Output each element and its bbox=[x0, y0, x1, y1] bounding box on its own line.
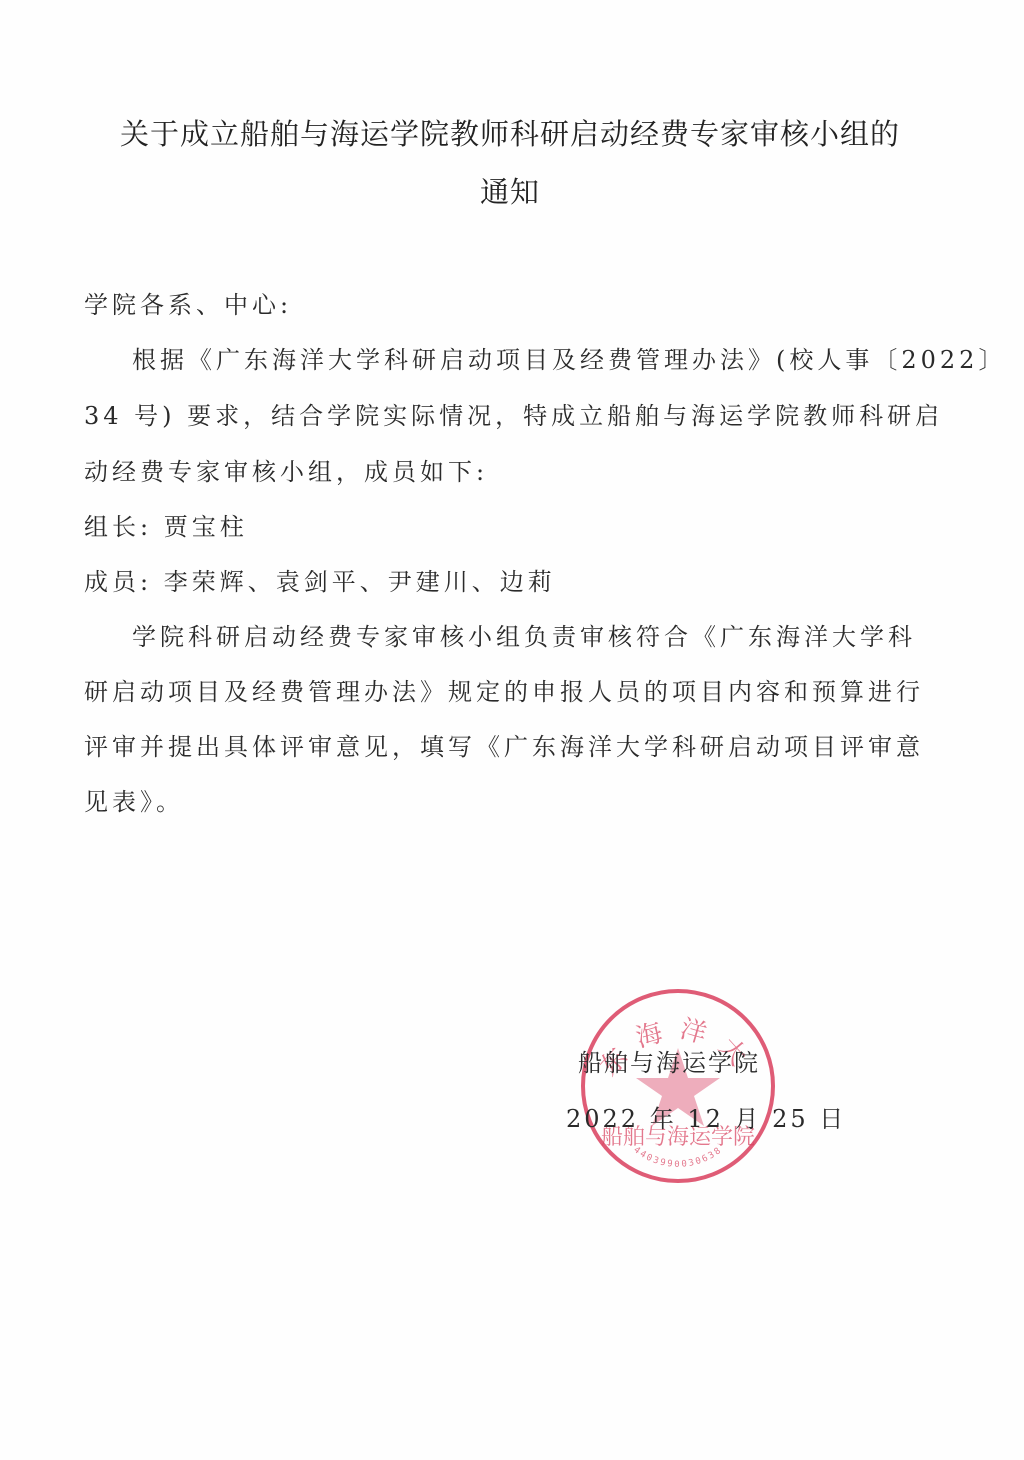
paragraph-2-line-3: 评审并提出具体评审意见，填写《广东海洋大学科研启动项目评审意 bbox=[84, 727, 924, 762]
document-page: 关于成立船舶与海运学院教师科研启动经费专家审核小组的 通知 学院各系、中心: 根… bbox=[0, 0, 1024, 1460]
official-seal-stamp: 广东海洋大学 船舶与海运学院 4403990030638 bbox=[578, 986, 778, 1186]
salutation: 学院各系、中心: bbox=[84, 285, 292, 320]
paragraph-2-line-1: 学院科研启动经费专家审核小组负责审核符合《广东海洋大学科 bbox=[132, 617, 916, 652]
paragraph-1-line-1: 根据《广东海洋大学科研启动项目及经费管理办法》(校人事〔2022〕 bbox=[132, 340, 1006, 375]
signing-date: 2022 年 12 月 25 日 bbox=[566, 1099, 846, 1134]
signing-organization: 船舶与海运学院 bbox=[578, 1043, 760, 1078]
paragraph-2-line-2: 研启动项目及经费管理办法》规定的申报人员的项目内容和预算进行 bbox=[84, 672, 924, 707]
paragraph-2-line-4: 见表》。 bbox=[84, 782, 184, 817]
document-title-line-2: 通知 bbox=[80, 170, 940, 211]
paragraph-1-line-2: 34 号) 要求，结合学院实际情况，特成立船舶与海运学院教师科研启 bbox=[84, 396, 943, 431]
seal-icon: 广东海洋大学 船舶与海运学院 4403990030638 bbox=[578, 986, 778, 1186]
document-title-line-1: 关于成立船舶与海运学院教师科研启动经费专家审核小组的 bbox=[80, 112, 940, 153]
group-leader: 组长: 贾宝柱 bbox=[84, 507, 248, 542]
paragraph-1-line-3: 动经费专家审核小组，成员如下: bbox=[84, 452, 488, 487]
group-members: 成员: 李荣辉、袁剑平、尹建川、边莉 bbox=[84, 562, 556, 597]
